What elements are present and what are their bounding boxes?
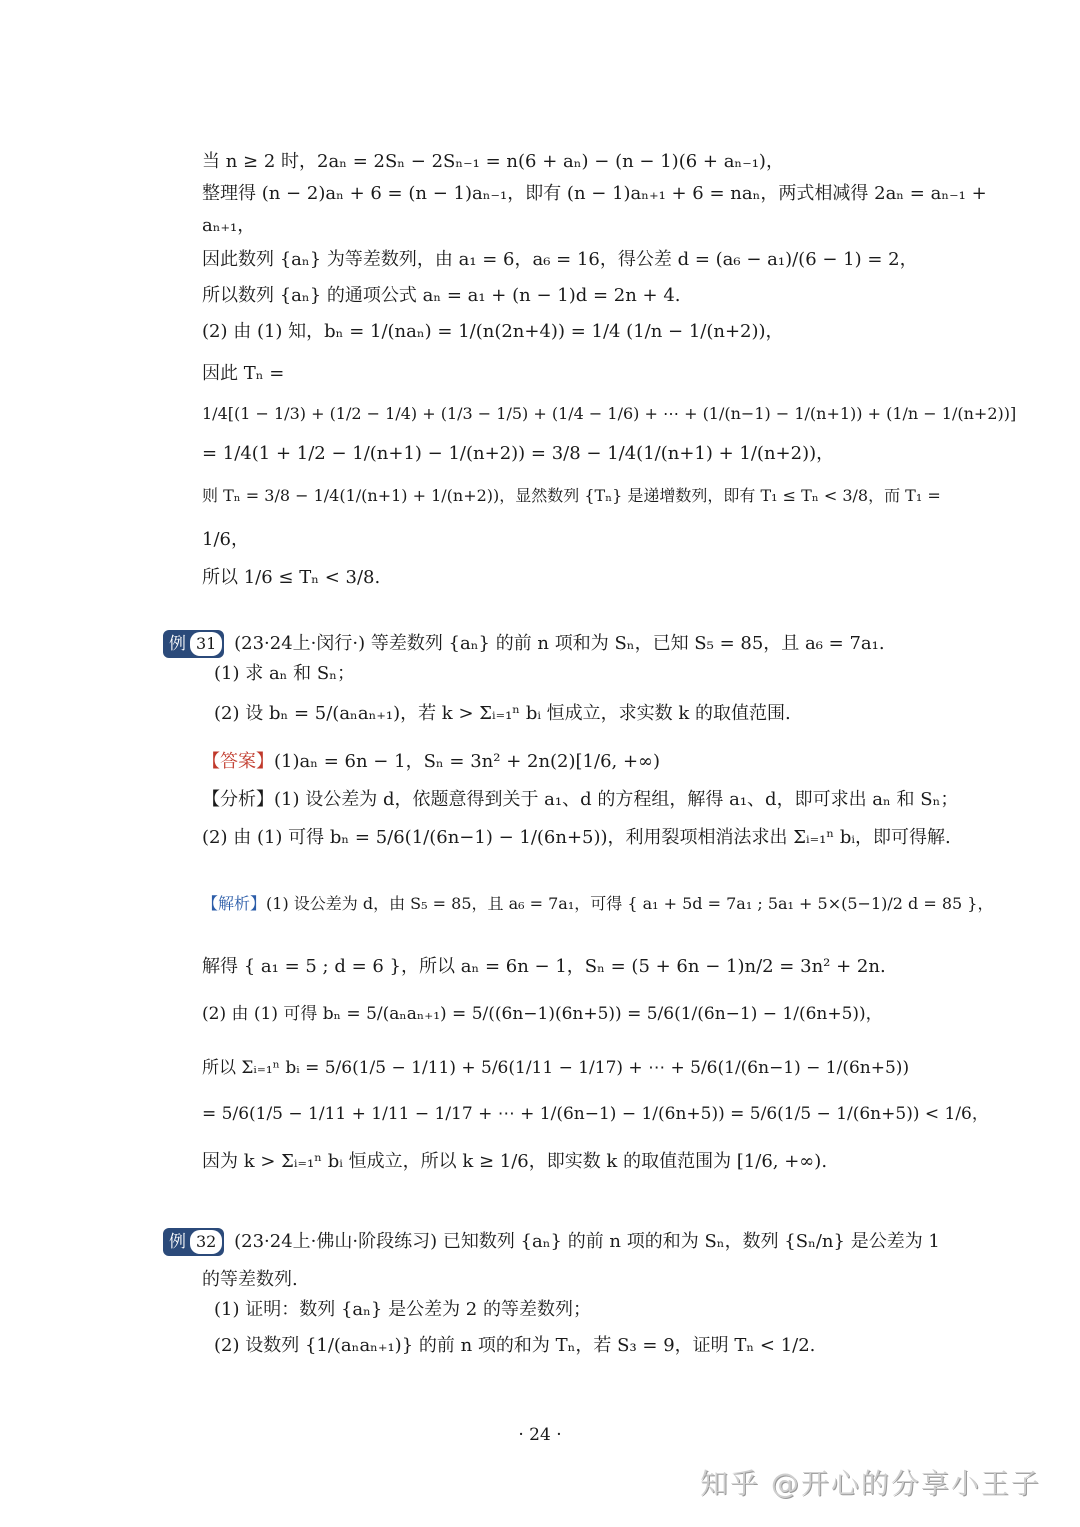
solution-line: 【解析】(1) 设公差为 d，由 S₅ = 85，且 a₆ = 7a₁，可得 {…	[202, 892, 993, 916]
solution-line: 因为 k > Σᵢ₌₁ⁿ bᵢ 恒成立，所以 k ≥ 1/6，即实数 k 的取值…	[202, 1150, 827, 1174]
solution-line: 所以 1/6 ≤ Tₙ < 3/8.	[202, 566, 380, 590]
analysis-line: 【分析】(1) 设公差为 d，依题意得到关于 a₁、d 的方程组，解得 a₁、d…	[202, 788, 958, 812]
solution-line: 因此 Tₙ =	[202, 362, 284, 386]
example-badge: 例 31	[163, 630, 224, 658]
solution-line: 所以 Σᵢ₌₁ⁿ bᵢ = 5/6(1/5 − 1/11) + 5/6(1/11…	[202, 1056, 909, 1080]
solution-line: 整理得 (n − 2)aₙ + 6 = (n − 1)aₙ₋₁，即有 (n − …	[202, 182, 987, 206]
answer-tag: 【答案】	[202, 751, 274, 772]
solution-line: (2) 由 (1) 可得 bₙ = 5/(aₙaₙ₊₁) = 5/((6n−1)…	[202, 1002, 883, 1026]
solution-line: = 5/6(1/5 − 1/11 + 1/11 − 1/17 + ⋯ + 1/(…	[202, 1102, 989, 1126]
watermark: 知乎 @开心的分享小王子	[700, 1462, 1041, 1502]
example-badge: 例 32	[163, 1228, 224, 1256]
example-32-stem: 例 32 (23·24上·佛山·阶段练习) 已知数列 {aₙ} 的前 n 项的和…	[163, 1228, 940, 1256]
solution-line: 1/4[(1 − 1/3) + (1/2 − 1/4) + (1/3 − 1/5…	[202, 402, 1016, 426]
question-1: (1) 证明：数列 {aₙ} 是公差为 2 的等差数列；	[214, 1298, 591, 1322]
question-1: (1) 求 aₙ 和 Sₙ；	[214, 662, 355, 686]
example-32-stem-cont: 的等差数列.	[202, 1268, 298, 1292]
solution-line: = 1/4(1 + 1/2 − 1/(n+1) − 1/(n+2)) = 3/8…	[202, 442, 834, 466]
example-31-stem: 例 31 (23·24上·闵行·) 等差数列 {aₙ} 的前 n 项和为 Sₙ，…	[163, 630, 885, 658]
solution-line: 1/6，	[202, 528, 249, 552]
page-number: · 24 ·	[0, 1425, 1080, 1445]
question-2: (2) 设数列 {1/(aₙaₙ₊₁)} 的前 n 项的和为 Tₙ，若 S₃ =…	[214, 1334, 815, 1358]
solution-line: (2) 由 (1) 知，bₙ = 1/(naₙ) = 1/(n(2n+4)) =…	[202, 320, 784, 344]
solution-line: 当 n ≥ 2 时，2aₙ = 2Sₙ − 2Sₙ₋₁ = n(6 + aₙ) …	[202, 150, 784, 174]
analysis-line: (2) 由 (1) 可得 bₙ = 5/6(1/(6n−1) − 1/(6n+5…	[202, 826, 951, 850]
solution-line: 解得 { a₁ = 5 ; d = 6 }，所以 aₙ = 6n − 1，Sₙ …	[202, 955, 886, 979]
question-2: (2) 设 bₙ = 5/(aₙaₙ₊₁)，若 k > Σᵢ₌₁ⁿ bᵢ 恒成立…	[214, 702, 791, 726]
solution-line: 所以数列 {aₙ} 的通项公式 aₙ = a₁ + (n − 1)d = 2n …	[202, 284, 681, 308]
answer-line: 【答案】(1)aₙ = 6n − 1，Sₙ = 3n² + 2n(2)[1/6,…	[202, 750, 660, 774]
solution-tag: 【解析】	[202, 894, 266, 913]
solution-line: 则 Tₙ = 3/8 − 1/4(1/(n+1) + 1/(n+2))，显然数列…	[202, 484, 941, 508]
solution-line: aₙ₊₁，	[202, 214, 255, 238]
solution-line: 因此数列 {aₙ} 为等差数列，由 a₁ = 6，a₆ = 16，得公差 d =…	[202, 248, 918, 272]
analysis-tag: 【分析】	[202, 789, 274, 810]
